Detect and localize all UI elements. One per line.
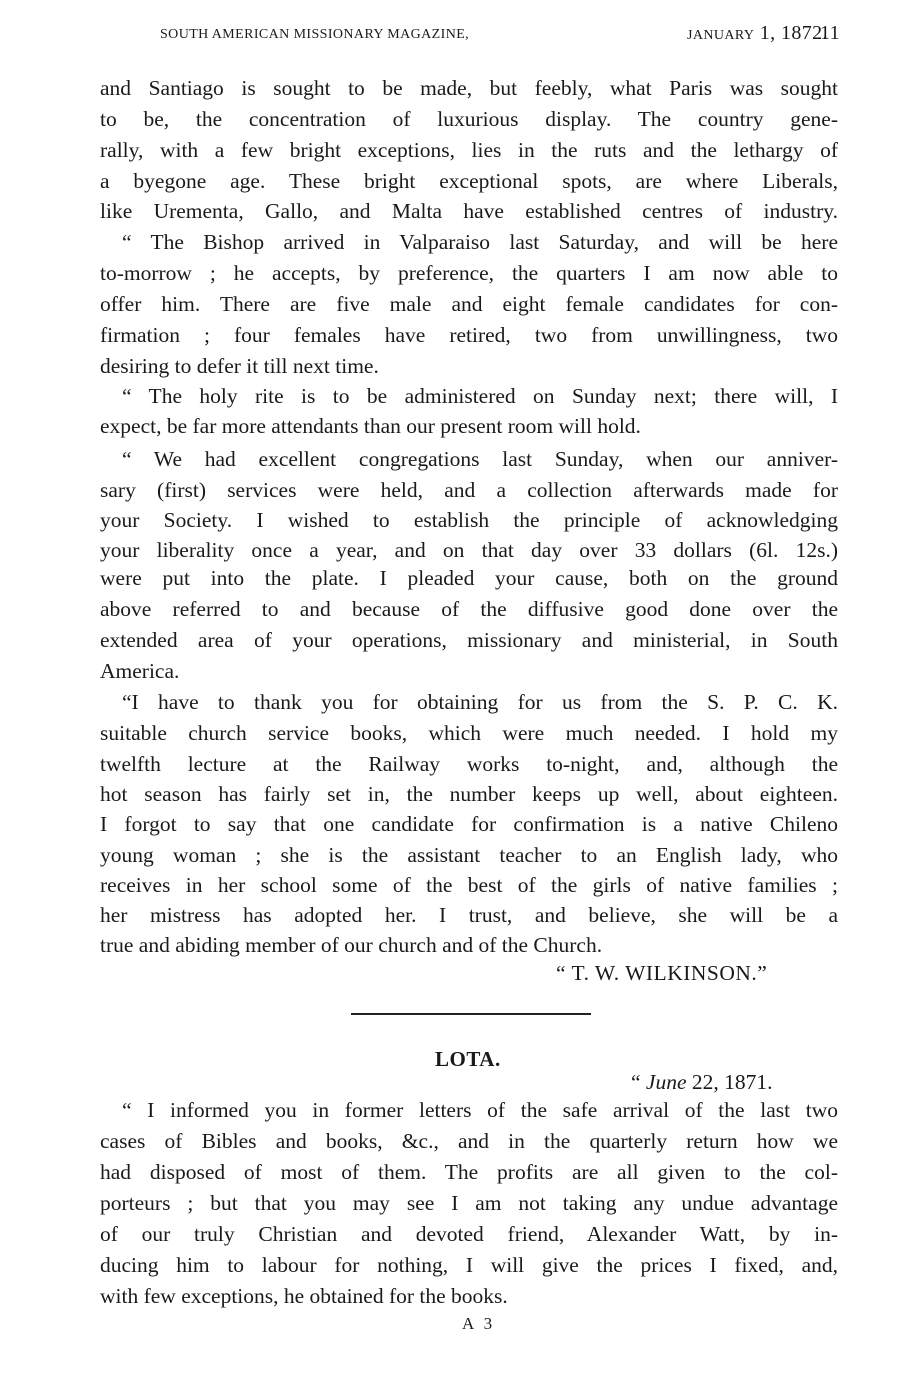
text-line: offer him. There are five male and eight… — [100, 290, 838, 318]
magazine-title: South American Missionary Magazine, — [160, 27, 469, 43]
text-line: “ We had excellent congregations last Su… — [122, 445, 838, 473]
dateline-open-quote: “ — [631, 1070, 646, 1094]
text-line: ducing him to labour for nothing, I will… — [100, 1251, 838, 1279]
issue-day-year: 1, 1872. — [760, 22, 828, 44]
text-line: twelfth lecture at the Railway works to-… — [100, 750, 838, 778]
section-divider — [351, 1013, 591, 1015]
text-line: your liberality once a year, and on that… — [100, 536, 838, 564]
page-number: 11 — [820, 22, 840, 45]
text-line: receives in her school some of the best … — [100, 871, 838, 899]
text-line: “ I informed you in former letters of th… — [122, 1096, 838, 1124]
text-line: firmation ; four females have retired, t… — [100, 321, 838, 349]
text-line: “ The Bishop arrived in Valparaiso last … — [122, 228, 838, 256]
text-line: of our truly Christian and devoted frien… — [100, 1220, 838, 1248]
text-line: a byegone age. These bright exceptional … — [100, 167, 838, 195]
text-line: extended area of your operations, missio… — [100, 626, 838, 654]
document-page: South American Missionary Magazine, JANU… — [0, 0, 921, 1385]
text-line: true and abiding member of our church an… — [100, 931, 838, 959]
letter-dateline: “ June 22, 1871. — [631, 1068, 773, 1096]
text-line: America. — [100, 657, 838, 685]
issue-month: JANUARY — [687, 28, 754, 43]
text-line: cases of Bibles and books, &c., and in t… — [100, 1127, 838, 1155]
text-line: like Urementa, Gallo, and Malta have est… — [100, 197, 838, 225]
dateline-month: June — [646, 1070, 687, 1094]
text-line: your Society. I wished to establish the … — [100, 506, 838, 534]
text-line: to-morrow ; he accepts, by preference, t… — [100, 259, 838, 287]
text-line: “I have to thank you for obtaining for u… — [122, 688, 838, 716]
text-line: suitable church service books, which wer… — [100, 719, 838, 747]
text-line: had disposed of most of them. The profit… — [100, 1158, 838, 1186]
text-line: were put into the plate. I pleaded your … — [100, 564, 838, 592]
text-line: sary (first) services were held, and a c… — [100, 476, 838, 504]
text-line: rally, with a few bright exceptions, lie… — [100, 136, 838, 164]
text-line: porteurs ; but that you may see I am not… — [100, 1189, 838, 1217]
issue-date: JANUARY 1, 1872. — [687, 22, 828, 45]
text-line: I forgot to say that one candidate for c… — [100, 810, 838, 838]
text-line: desiring to defer it till next time. — [100, 352, 838, 380]
text-line: with few exceptions, he obtained for the… — [100, 1282, 838, 1310]
text-line: and Santiago is sought to be made, but f… — [100, 74, 838, 102]
text-line: young woman ; she is the assistant teach… — [100, 841, 838, 869]
section-heading: LOTA. — [435, 1047, 501, 1072]
text-line: expect, be far more attendants than our … — [100, 412, 838, 440]
text-line: “ The holy rite is to be administered on… — [122, 382, 838, 410]
dateline-day-year: 22, 1871. — [687, 1070, 773, 1094]
text-line: above referred to and because of the dif… — [100, 595, 838, 623]
text-line: her mistress has adopted her. I trust, a… — [100, 901, 838, 929]
letter-signature: “ T. W. WILKINSON.” — [556, 959, 767, 987]
running-head: South American Missionary Magazine, JANU… — [160, 24, 840, 50]
printer-signature-mark: A 3 — [462, 1314, 495, 1334]
text-line: to be, the concentration of luxurious di… — [100, 105, 838, 133]
text-line: hot season has fairly set in, the number… — [100, 780, 838, 808]
